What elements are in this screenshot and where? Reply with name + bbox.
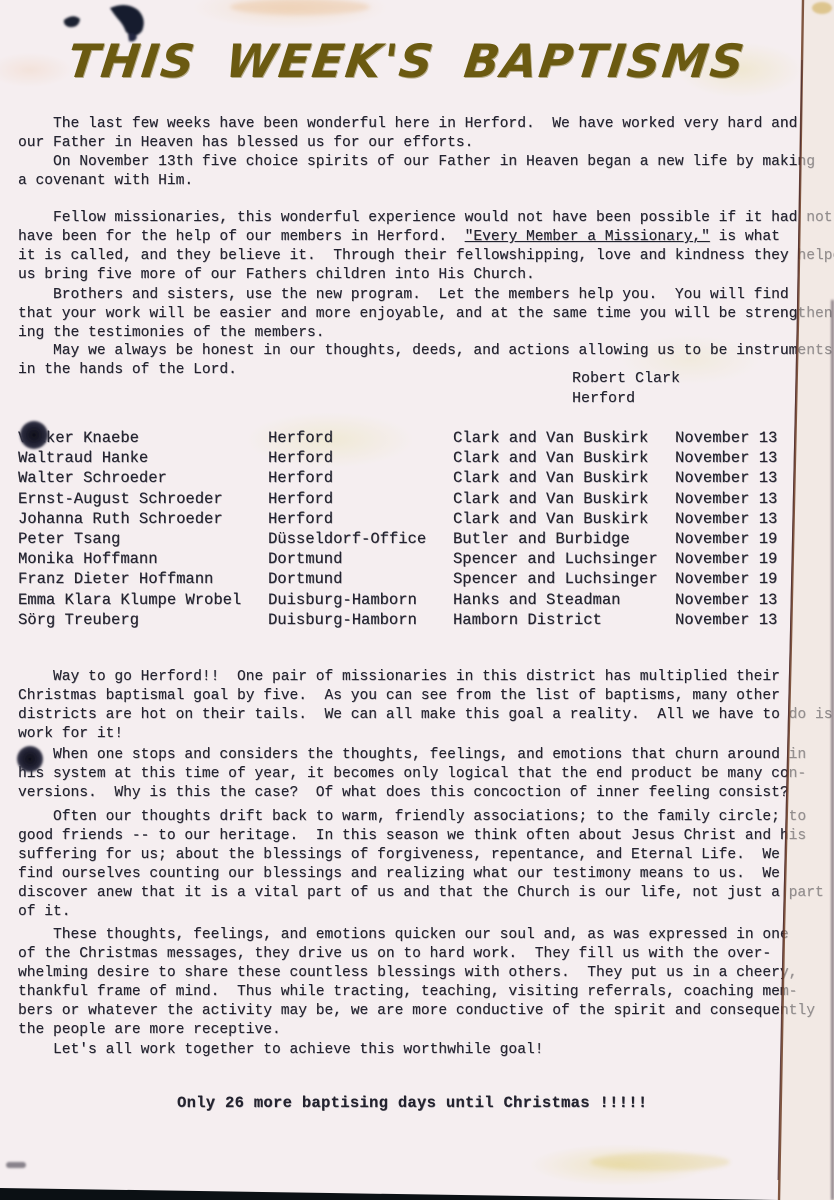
signature-block: Robert Clark Herford (572, 369, 680, 408)
paragraph-intro: The last few weeks have been wonderful h… (18, 115, 797, 153)
cell-date: November 13 (675, 590, 818, 610)
cell-name: Monika Hoffmann (18, 549, 268, 569)
cell-date: November 13 (675, 448, 818, 468)
cell-name: Waltraud Hanke (18, 448, 268, 468)
cell-missionaries: Clark and Van Buskirk (453, 468, 675, 488)
table-row: Waltraud HankeHerfordClark and Van Buski… (18, 448, 818, 468)
cell-date: November 13 (675, 610, 818, 630)
cell-city: Herford (268, 448, 453, 468)
cell-date: November 13 (675, 428, 818, 448)
cell-missionaries: Hanks and Steadman (453, 590, 675, 610)
cell-missionaries: Clark and Van Buskirk (453, 489, 675, 509)
christmas-countdown-line: Only 26 more baptising days until Christ… (177, 1094, 647, 1112)
table-row: Volker KnaebeHerfordClark and Van Buskir… (18, 428, 818, 448)
cell-city: Herford (268, 468, 453, 488)
table-row: Franz Dieter HoffmannDortmundSpencer and… (18, 569, 818, 589)
table-row: Monika HoffmannDortmundSpencer and Luchs… (18, 549, 818, 569)
cell-missionaries: Hamborn District (453, 610, 675, 630)
paragraph-brothers-sisters: Brothers and sisters, use the new progra… (18, 286, 834, 343)
paragraph-way-to-go: Way to go Herford!! One pair of missiona… (18, 668, 832, 744)
cell-date: November 19 (675, 549, 818, 569)
paragraph-work-together: Let's all work together to achieve this … (18, 1041, 543, 1060)
left-bottom-smudge (6, 1162, 26, 1168)
cell-city: Dortmund (268, 569, 453, 589)
cell-date: November 13 (675, 509, 818, 529)
scanned-newsletter-page: THIS WEEK'S BAPTISMS The last few weeks … (0, 0, 834, 1200)
paragraph-november13: On November 13th five choice spirits of … (18, 153, 815, 191)
cell-name: Walter Schroeder (18, 468, 268, 488)
page-title: THIS WEEK'S BAPTISMS (65, 34, 749, 88)
baptisms-table: Volker KnaebeHerfordClark and Van Buskir… (18, 428, 818, 630)
cell-name: Franz Dieter Hoffmann (18, 569, 268, 589)
cell-name: Johanna Ruth Schroeder (18, 509, 268, 529)
yellow-smudge-bottom (590, 1153, 730, 1171)
pink-smudge-top (230, 0, 370, 15)
cell-city: Herford (268, 489, 453, 509)
cell-date: November 13 (675, 468, 818, 488)
paragraph-fellow-missionaries: Fellow missionaries, this wonderful expe… (18, 209, 834, 285)
table-row: Johanna Ruth SchroederHerfordClark and V… (18, 509, 818, 529)
paragraph-when-one-stops: When one stops and considers the thought… (18, 746, 806, 803)
cell-name: Volker Knaebe (18, 428, 268, 448)
table-row: Walter SchroederHerfordClark and Van Bus… (18, 468, 818, 488)
paragraph-honest: May we always be honest in our thoughts,… (18, 342, 832, 380)
cell-name: Ernst-August Schroeder (18, 489, 268, 509)
cell-missionaries: Spencer and Luchsinger (453, 569, 675, 589)
cell-city: Dortmund (268, 549, 453, 569)
cell-missionaries: Spencer and Luchsinger (453, 549, 675, 569)
cell-city: Herford (268, 428, 453, 448)
gold-dot-top-right (812, 2, 832, 14)
cell-missionaries: Butler and Burbidge (453, 529, 675, 549)
cell-missionaries: Clark and Van Buskirk (453, 428, 675, 448)
signature-place: Herford (572, 390, 635, 407)
cell-date: November 19 (675, 529, 818, 549)
table-row: Emma Klara Klumpe WrobelDuisburg-Hamborn… (18, 590, 818, 610)
paragraph-these-thoughts: These thoughts, feelings, and emotions q… (18, 926, 815, 1041)
cell-name: Peter Tsang (18, 529, 268, 549)
cell-date: November 13 (675, 489, 818, 509)
cell-date: November 19 (675, 569, 818, 589)
cell-missionaries: Clark and Van Buskirk (453, 448, 675, 468)
cell-city: Herford (268, 509, 453, 529)
table-row: Peter TsangDüsseldorf-OfficeButler and B… (18, 529, 818, 549)
signature-name: Robert Clark (572, 370, 680, 387)
table-row: Sörg TreubergDuisburg-HambornHamborn Dis… (18, 610, 818, 630)
cell-name: Emma Klara Klumpe Wrobel (18, 590, 268, 610)
cell-city: Duisburg-Hamborn (268, 590, 453, 610)
cell-missionaries: Clark and Van Buskirk (453, 509, 675, 529)
table-row: Ernst-August SchroederHerfordClark and V… (18, 489, 818, 509)
cell-city: Düsseldorf-Office (268, 529, 453, 549)
cell-name: Sörg Treuberg (18, 610, 268, 630)
cell-city: Duisburg-Hamborn (268, 610, 453, 630)
slogan-underlined: "Every Member a Missionary," (465, 229, 710, 245)
paragraph-often-thoughts: Often our thoughts drift back to warm, f… (18, 808, 824, 923)
scan-bed-wedge (0, 1188, 778, 1200)
